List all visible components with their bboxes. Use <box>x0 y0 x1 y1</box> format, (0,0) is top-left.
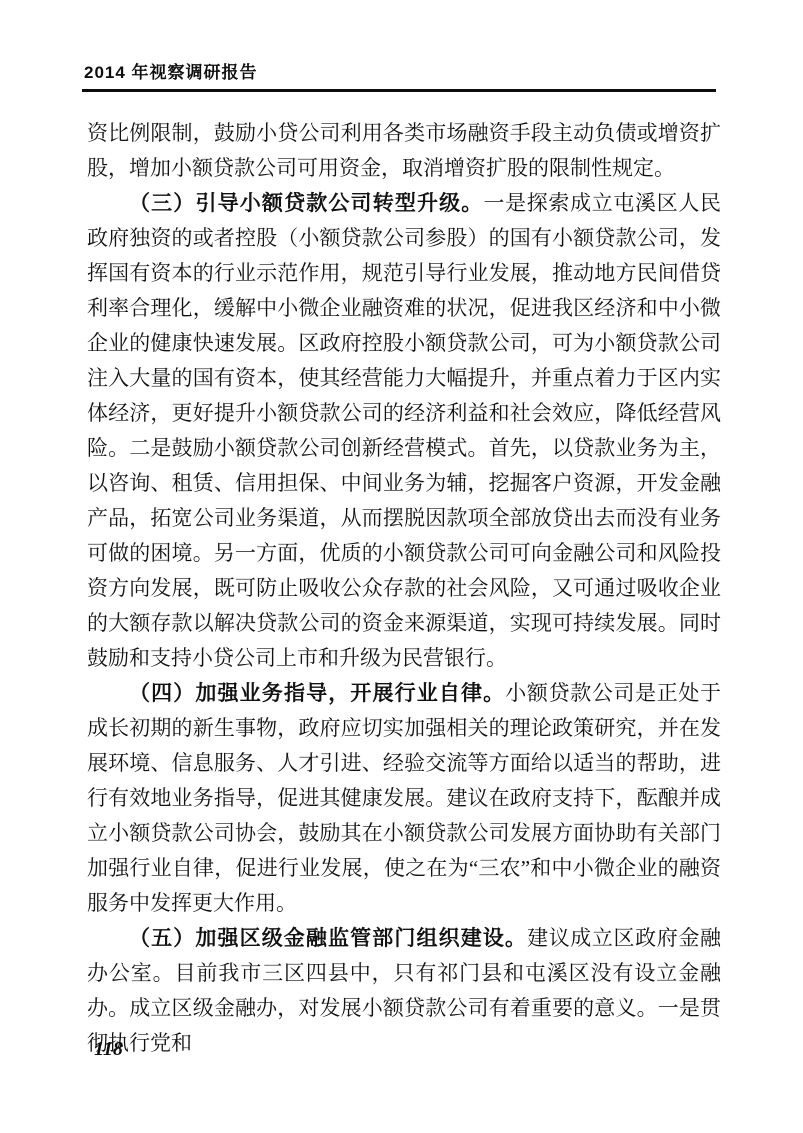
header-rule <box>82 89 716 92</box>
paragraph-text: 一是探索成立屯溪区人民政府独资的或者控股（小额贷款公司参股）的国有小额贷款公司，… <box>87 191 721 670</box>
document-body: 资比例限制，鼓励小贷公司利用各类市场融资手段主动负债或增资扩股，增加小额贷款公司… <box>87 116 721 1061</box>
section-4-heading: （四）加强业务指导，开展行业自律。 <box>129 682 505 705</box>
section-5-heading: （五）加强区级金融监管部门组织建设。 <box>129 927 527 950</box>
paragraph-section-5: （五）加强区级金融监管部门组织建设。建议成立区政府金融办公室。目前我市三区四县中… <box>87 921 721 1061</box>
paragraph-text: 资比例限制，鼓励小贷公司利用各类市场融资手段主动负债或增资扩股，增加小额贷款公司… <box>87 121 721 180</box>
paragraph-section-3: （三）引导小额贷款公司转型升级。一是探索成立屯溪区人民政府独资的或者控股（小额贷… <box>87 186 721 676</box>
paragraph-text: 小额贷款公司是正处于成长初期的新生事物，政府应切实加强相关的理论政策研究，并在发… <box>87 681 721 915</box>
running-header: 2014 年视察调研报告 <box>84 62 720 84</box>
page-number: 118 <box>94 1038 123 1061</box>
document-page: 2014 年视察调研报告 资比例限制，鼓励小贷公司利用各类市场融资手段主动负债或… <box>0 0 803 1133</box>
paragraph-continuation: 资比例限制，鼓励小贷公司利用各类市场融资手段主动负债或增资扩股，增加小额贷款公司… <box>87 116 721 186</box>
paragraph-section-4: （四）加强业务指导，开展行业自律。小额贷款公司是正处于成长初期的新生事物，政府应… <box>87 676 721 921</box>
report-header-title: 2014 年视察调研报告 <box>84 62 720 84</box>
section-3-heading: （三）引导小额贷款公司转型升级。 <box>129 192 483 215</box>
